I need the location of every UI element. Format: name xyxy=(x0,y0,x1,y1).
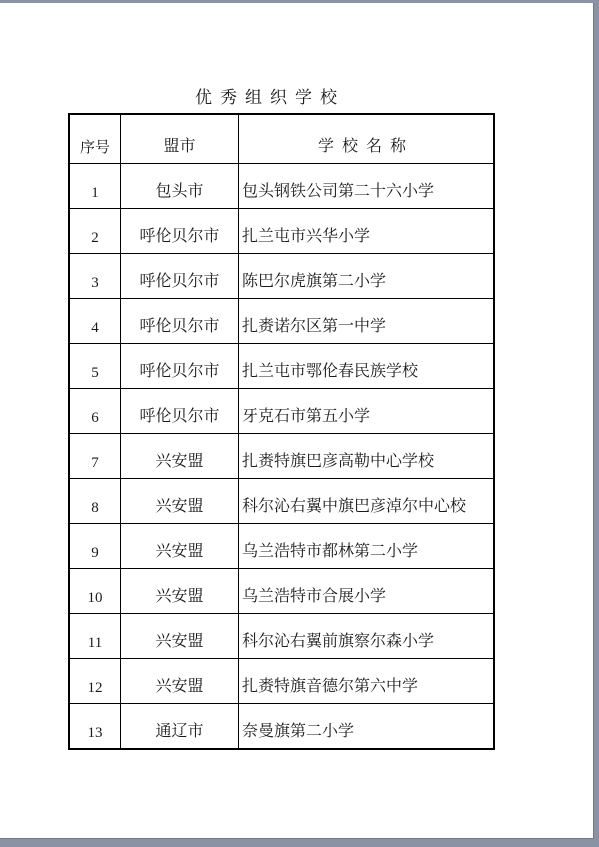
row-school-cell: 扎兰屯市兴华小学 xyxy=(238,208,493,253)
row-school-cell: 牙克石市第五小学 xyxy=(238,388,493,433)
row-school-cell: 科尔沁右翼中旗巴彦淖尔中心校 xyxy=(238,478,493,523)
row-number-cell: 8 xyxy=(70,478,120,523)
row-city-cell: 兴安盟 xyxy=(120,568,238,613)
row-city-cell: 兴安盟 xyxy=(120,478,238,523)
row-number-cell: 1 xyxy=(70,163,120,208)
column-header-school: 学校名称 xyxy=(238,115,493,163)
row-school-cell: 乌兰浩特市都林第二小学 xyxy=(238,523,493,568)
row-number-cell: 2 xyxy=(70,208,120,253)
column-header-no: 序号 xyxy=(70,115,120,163)
row-number-cell: 3 xyxy=(70,253,120,298)
row-city-cell: 呼伦贝尔市 xyxy=(120,343,238,388)
row-school-cell: 科尔沁右翼前旗察尔森小学 xyxy=(238,613,493,658)
row-number-cell: 6 xyxy=(70,388,120,433)
column-header-city: 盟市 xyxy=(120,115,238,163)
row-city-cell: 包头市 xyxy=(120,163,238,208)
row-school-cell: 扎赉特旗音德尔第六中学 xyxy=(238,658,493,703)
row-city-cell: 呼伦贝尔市 xyxy=(120,208,238,253)
row-number-cell: 4 xyxy=(70,298,120,343)
row-number-cell: 12 xyxy=(70,658,120,703)
row-city-cell: 呼伦贝尔市 xyxy=(120,253,238,298)
page-title: 优秀组织学校 xyxy=(68,83,472,108)
row-school-cell: 陈巴尔虎旗第二小学 xyxy=(238,253,493,298)
row-city-cell: 呼伦贝尔市 xyxy=(120,388,238,433)
row-number-cell: 11 xyxy=(70,613,120,658)
row-school-cell: 扎赉诺尔区第一中学 xyxy=(238,298,493,343)
school-table: 序号 盟市 学校名称 1 包头市 包头钢铁公司第二十六小学 2 呼伦贝尔市 扎兰… xyxy=(68,113,495,750)
row-number-cell: 7 xyxy=(70,433,120,478)
row-city-cell: 呼伦贝尔市 xyxy=(120,298,238,343)
row-city-cell: 兴安盟 xyxy=(120,658,238,703)
row-number-cell: 13 xyxy=(70,703,120,748)
row-school-cell: 乌兰浩特市合展小学 xyxy=(238,568,493,613)
row-number-cell: 5 xyxy=(70,343,120,388)
row-city-cell: 兴安盟 xyxy=(120,613,238,658)
row-school-cell: 扎赉特旗巴彦高勒中心学校 xyxy=(238,433,493,478)
row-school-cell: 包头钢铁公司第二十六小学 xyxy=(238,163,493,208)
row-city-cell: 兴安盟 xyxy=(120,523,238,568)
row-city-cell: 兴安盟 xyxy=(120,433,238,478)
row-school-cell: 扎兰屯市鄂伦春民族学校 xyxy=(238,343,493,388)
row-number-cell: 10 xyxy=(70,568,120,613)
row-school-cell: 奈曼旗第二小学 xyxy=(238,703,493,748)
row-city-cell: 通辽市 xyxy=(120,703,238,748)
row-number-cell: 9 xyxy=(70,523,120,568)
document-page: 优秀组织学校 序号 盟市 学校名称 1 包头市 包头钢铁公司第二十六小学 2 呼… xyxy=(0,3,594,839)
